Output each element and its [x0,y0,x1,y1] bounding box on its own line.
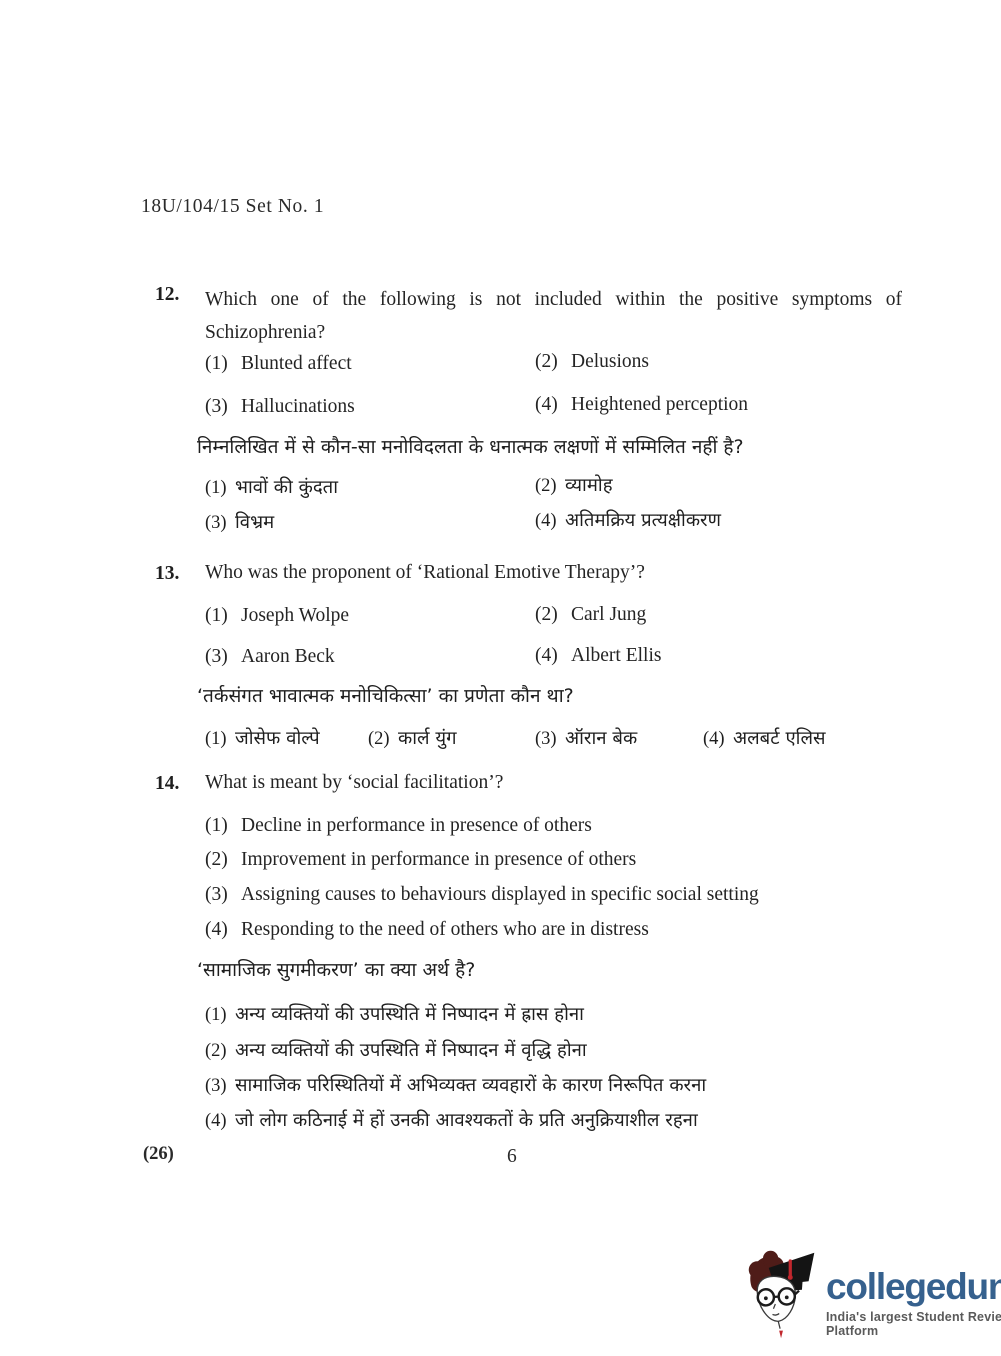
question-14-option-1-en: (1)Decline in performance in presence of… [205,815,592,837]
option-text: Hallucinations [241,396,355,417]
option-label: (1) [205,478,235,499]
page-number: 6 [507,1146,517,1168]
collegedunia-wordmark: collegedunia [826,1269,1001,1305]
question-13-option-2-en: (2)Carl Jung [535,604,646,626]
question-13-option-4-hi: (4)अलबर्ट एलिस [703,725,826,750]
option-label: (2) [535,604,565,626]
option-text: अतिमक्रिय प्रत्यक्षीकरण [565,510,721,531]
option-text: Carl Jung [571,604,646,625]
question-12-text-en: Which one of the following is not includ… [205,283,902,349]
option-text: Albert Ellis [571,645,661,666]
collegedunia-tagline: India's largest Student Review Platform [826,1310,1001,1338]
option-text: Delusions [571,351,649,372]
option-label: (3) [205,396,235,418]
option-label: (1) [205,1005,235,1026]
option-text: जोसेफ वोल्पे [235,728,320,749]
option-label: (4) [205,1111,235,1132]
option-text: Heightened perception [571,394,748,415]
question-count-label: (26) [143,1144,174,1165]
option-text: भावों की कुंदता [235,477,338,498]
option-label: (1) [205,729,235,750]
option-label: (2) [368,729,398,750]
question-14-option-3-en: (3)Assigning causes to behaviours displa… [205,884,759,906]
option-text: कार्ल युंग [398,728,457,749]
question-12-number: 12. [155,284,179,306]
option-label: (4) [205,919,235,941]
option-text: अन्य व्यक्तियों की उपस्थिति में निष्पादन… [235,1040,587,1061]
option-label: (2) [535,476,565,497]
question-14-option-4-en: (4)Responding to the need of others who … [205,919,649,941]
option-text: Aaron Beck [241,646,335,667]
question-13-option-3-en: (3)Aaron Beck [205,646,335,668]
option-text: विभ्रम [235,512,274,533]
paper-code: 18U/104/15 Set No. 1 [141,196,324,218]
question-13-option-2-hi: (2)कार्ल युंग [368,725,457,750]
question-12-option-4-en: (4)Heightened perception [535,394,748,416]
question-12-option-1-hi: (1)भावों की कुंदता [205,474,338,499]
question-12-text-hi: निम्नलिखित में से कौन-सा मनोविदलता के धन… [197,433,744,459]
option-label: (4) [535,394,565,416]
option-text: Assigning causes to behaviours displayed… [241,884,759,905]
option-text: Decline in performance in presence of ot… [241,815,592,836]
question-13-number: 13. [155,563,179,585]
option-text: अन्य व्यक्तियों की उपस्थिति में निष्पादन… [235,1004,584,1025]
option-label: (1) [205,605,235,627]
option-label: (4) [535,645,565,667]
question-12-option-4-hi: (4)अतिमक्रिय प्रत्यक्षीकरण [535,507,721,532]
question-14-text-en: What is meant by ‘social facilitation’? [205,772,503,794]
question-14-option-2-hi: (2)अन्य व्यक्तियों की उपस्थिति में निष्प… [205,1037,587,1062]
option-text: Blunted affect [241,353,352,374]
question-14-option-3-hi: (3)सामाजिक परिस्थितियों में अभिव्यक्त व्… [205,1072,706,1097]
option-text: जो लोग कठिनाई में हों उनकी आवश्यकतों के … [235,1110,698,1131]
question-12-option-1-en: (1)Blunted affect [205,353,352,375]
question-14-option-1-hi: (1)अन्य व्यक्तियों की उपस्थिति में निष्प… [205,1001,584,1026]
option-text: सामाजिक परिस्थितियों में अभिव्यक्त व्यवह… [235,1075,706,1096]
collegedunia-logo: collegedunia .com India's largest Studen… [742,1247,992,1342]
option-text: अलबर्ट एलिस [733,728,826,749]
option-label: (2) [535,351,565,373]
option-label: (4) [703,729,733,750]
question-14-option-4-hi: (4)जो लोग कठिनाई में हों उनकी आवश्यकतों … [205,1107,698,1132]
option-label: (1) [205,815,235,837]
option-label: (3) [205,1076,235,1097]
question-14-text-hi: ‘सामाजिक सुगमीकरण’ का क्या अर्थ है? [197,956,475,982]
option-text: ऑरान बेक [565,728,637,749]
question-13-option-1-en: (1)Joseph Wolpe [205,605,349,627]
question-13-text-en: Who was the proponent of ‘Rational Emoti… [205,562,645,584]
question-12-option-3-en: (3)Hallucinations [205,396,355,418]
question-paper-page: 18U/104/15 Set No. 1 12. Which one of th… [0,0,1001,1356]
question-13-text-hi: ‘तर्कसंगत भावात्मक मनोचिकित्सा’ का प्रणे… [197,682,574,708]
option-label: (3) [535,729,565,750]
option-label: (3) [205,884,235,906]
option-text: Responding to the need of others who are… [241,919,649,940]
option-label: (2) [205,849,235,871]
question-12-option-3-hi: (3)विभ्रम [205,509,274,534]
option-text: व्यामोह [565,475,613,496]
question-12-option-2-hi: (2)व्यामोह [535,472,613,497]
option-text: Improvement in performance in presence o… [241,849,636,870]
option-label: (1) [205,353,235,375]
question-13-option-3-hi: (3)ऑरान बेक [535,725,637,750]
question-14-option-2-en: (2)Improvement in performance in presenc… [205,849,636,871]
option-label: (3) [205,646,235,668]
option-label: (2) [205,1041,235,1062]
option-label: (4) [535,511,565,532]
question-12-option-2-en: (2)Delusions [535,351,649,373]
option-label: (3) [205,513,235,534]
collegedunia-mascot-icon [742,1247,822,1342]
question-13-option-4-en: (4)Albert Ellis [535,645,661,667]
question-13-option-1-hi: (1)जोसेफ वोल्पे [205,725,320,750]
option-text: Joseph Wolpe [241,605,349,626]
question-14-number: 14. [155,773,179,795]
